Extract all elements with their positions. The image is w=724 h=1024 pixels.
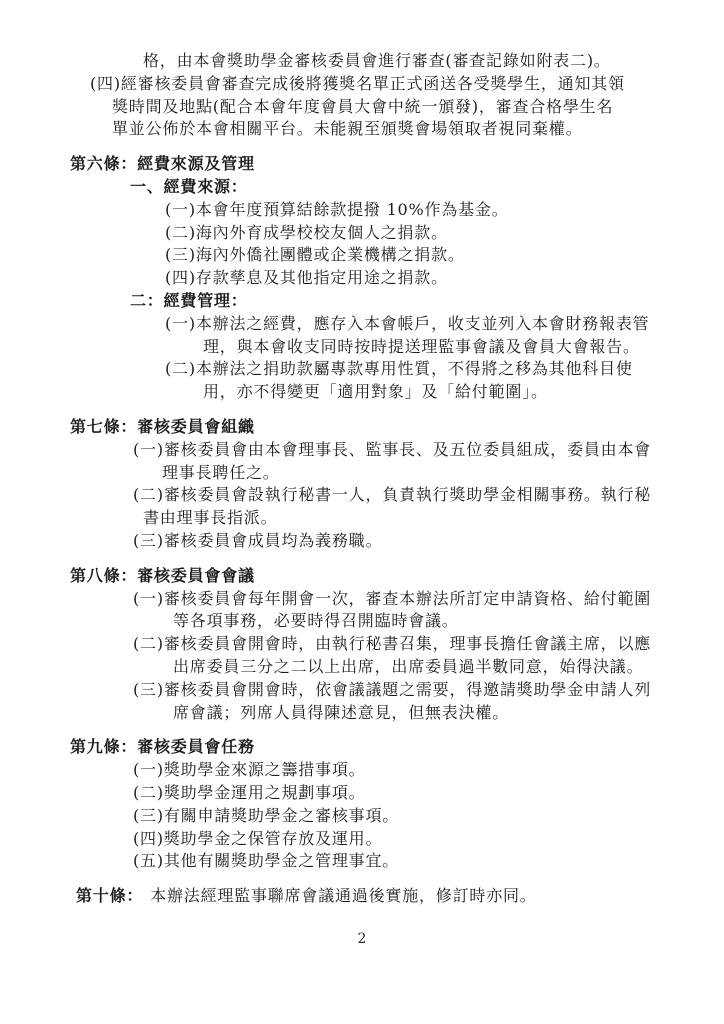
article-10-body: 本辦法經理監事聯席會議通過後實施，修訂時亦同。	[150, 886, 536, 905]
article-10-line: 第十條：本辦法經理監事聯席會議通過後實施，修訂時亦同。	[0, 885, 704, 908]
article-6-sub-1: 一、經費來源：	[0, 176, 704, 199]
article-8-item-3-line-1: (三)審核委員會開會時，依會議議題之需要，得邀請獎助學金申請人列	[0, 679, 704, 702]
document-page: 格，由本會獎助學金審核委員會進行審查(審查記錄如附表二)。 (四)經審核委員會審…	[0, 0, 724, 1024]
article-6-source-item-1: (一)本會年度預算結餘款提撥 10%作為基金。	[0, 199, 704, 222]
article-8-item-1-line-2: 等各項事務，必要時得召開臨時會議。	[0, 610, 704, 633]
article-9-item-1: (一)獎助學金來源之籌措事項。	[0, 759, 704, 782]
article-6-mgmt-item-2-line-1: (二)本辦法之捐助款屬專款專用性質，不得將之移為其他科目使	[0, 358, 704, 381]
article-8-heading: 第八條：審核委員會會議	[0, 565, 704, 588]
article-7-item-3: (三)審核委員會成員均為義務職。	[0, 530, 704, 553]
article-8-item-3-line-2: 席會議；列席人員得陳述意見，但無表決權。	[0, 702, 704, 725]
article-8-item-2-line-1: (二)審核委員會開會時，由執行秘書召集，理事長擔任會議主席，以應	[0, 633, 704, 656]
article-6-mgmt-item-2-line-2: 用，亦不得變更「適用對象」及「給付範圍」。	[0, 381, 704, 404]
article-8-item-2-line-2: 出席委員三分之二以上出席，出席委員過半數同意，始得決議。	[0, 656, 704, 679]
article-9-item-3: (三)有關申請獎助學金之審核事項。	[0, 805, 704, 828]
article-6-sub-2: 二：經費管理：	[0, 290, 704, 313]
article-8-item-1-line-1: (一)審核委員會每年開會一次，審查本辦法所訂定申請資格、給付範圍	[0, 588, 704, 611]
intro-orphan-line: 格，由本會獎助學金審核委員會進行審查(審查記錄如附表二)。	[0, 50, 704, 73]
article-6-mgmt-item-1-line-2: 理，與本會收支同時按時提送理監事會議及會員大會報告。	[0, 336, 704, 359]
intro-item-4-line-2: 獎時間及地點(配合本會年度會員大會中統一頒發)，審查合格學生名	[0, 96, 704, 119]
article-6-source-item-3: (三)海內外僑社團體或企業機構之捐款。	[0, 244, 704, 267]
page-number: 2	[0, 928, 724, 951]
article-7-item-1-line-2: 理事長聘任之。	[0, 462, 704, 485]
article-6-mgmt-item-1-line-1: (一)本辦法之經費，應存入本會帳戶，收支並列入本會財務報表管	[0, 313, 704, 336]
article-7-item-2-line-1: (二)審核委員會設執行秘書一人，負責執行獎助學金相關事務。執行秘	[0, 484, 704, 507]
intro-item-4-line-1: (四)經審核委員會審查完成後將獲獎名單正式函送各受獎學生，通知其領	[0, 73, 704, 96]
article-6-heading: 第六條：經費來源及管理	[0, 153, 704, 176]
article-10-label: 第十條：	[76, 886, 143, 905]
article-7-heading: 第七條：審核委員會組織	[0, 416, 704, 439]
article-9-item-4: (四)獎助學金之保管存放及運用。	[0, 828, 704, 851]
document-body: 格，由本會獎助學金審核委員會進行審查(審查記錄如附表二)。 (四)經審核委員會審…	[0, 50, 704, 908]
intro-item-4-line-3: 單並公佈於本會相關平台。未能親至頒獎會場領取者視同棄權。	[0, 118, 704, 141]
article-9-item-5: (五)其他有關獎助學金之管理事宜。	[0, 850, 704, 873]
article-9-heading: 第九條：審核委員會任務	[0, 736, 704, 759]
article-7-item-1-line-1: (一)審核委員會由本會理事長、監事長、及五位委員組成，委員由本會	[0, 439, 704, 462]
article-6-source-item-4: (四)存款孳息及其他指定用途之捐款。	[0, 267, 704, 290]
article-7-item-2-line-2: 書由理事長指派。	[0, 507, 704, 530]
article-6-source-item-2: (二)海內外育成學校校友個人之捐款。	[0, 222, 704, 245]
article-9-item-2: (二)獎助學金運用之規劃事項。	[0, 782, 704, 805]
